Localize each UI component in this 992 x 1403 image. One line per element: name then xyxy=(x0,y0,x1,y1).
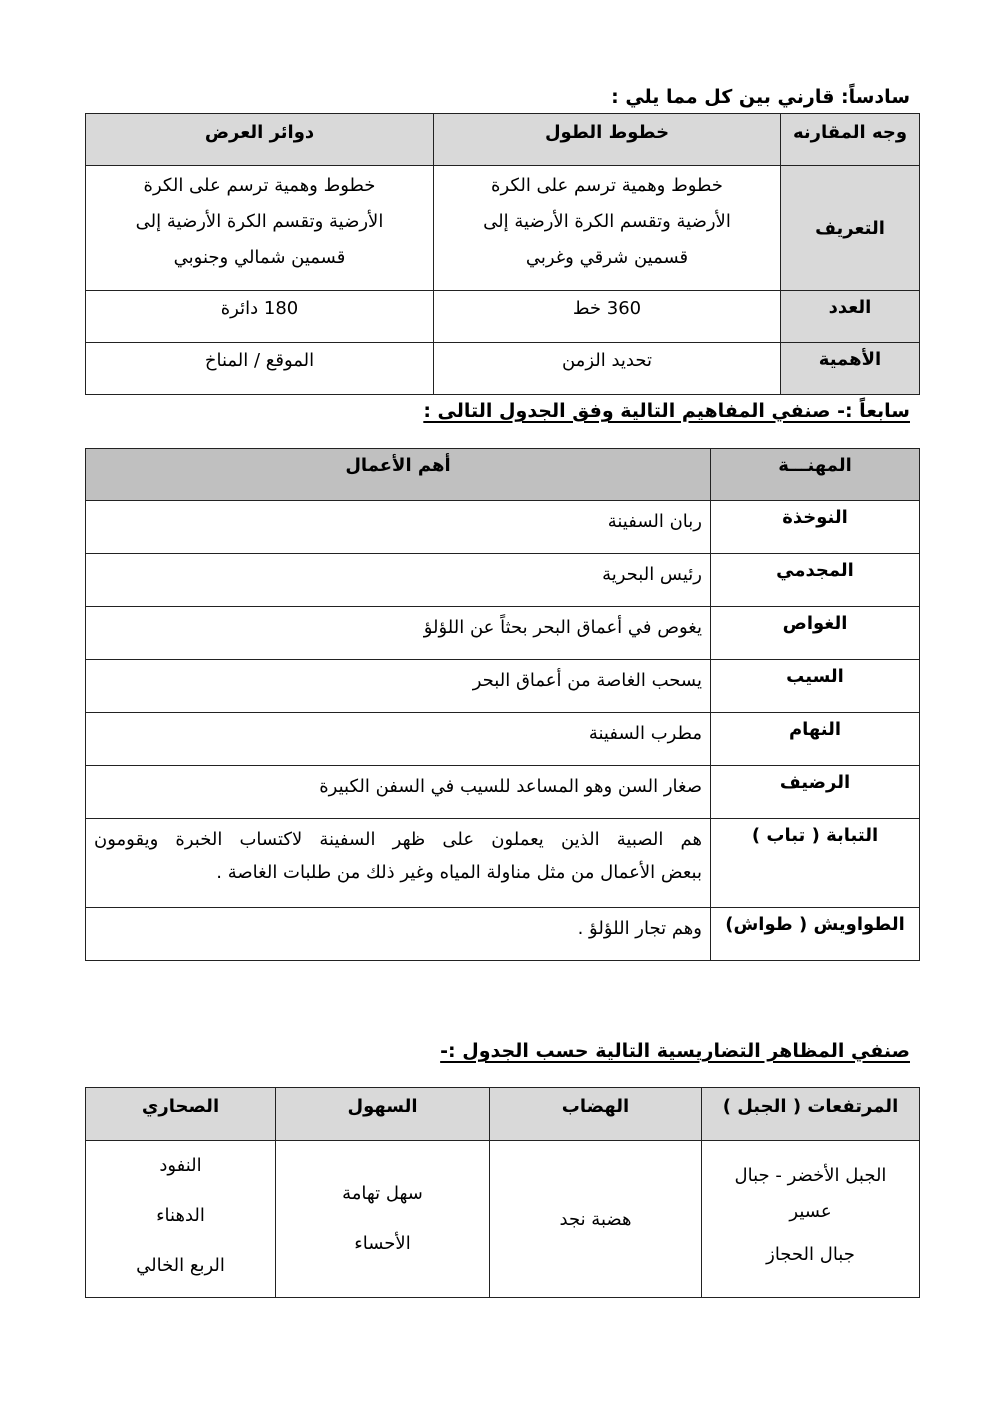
job-row: الرضيف صغار السن وهو المساعد للسيب في ال… xyxy=(86,766,920,819)
job-work: يسحب الغاصة من أعماق البحر xyxy=(86,660,711,713)
header-work: أهم الأعمال xyxy=(86,449,711,501)
text-line: الربع الخالي xyxy=(86,1241,275,1291)
longitude-importance: تحديد الزمن xyxy=(434,343,781,395)
job-row: الطواويش ( طواش) وهم تجار اللؤلؤ . xyxy=(86,908,920,961)
text-line: خطوط وهمية ترسم على الكرة xyxy=(86,168,433,204)
job-row: النهام مطرب السفينة xyxy=(86,713,920,766)
text-line: جبال الحجاز xyxy=(702,1230,919,1280)
plateaus-cell: هضبة نجد xyxy=(490,1141,702,1298)
job-work: هم الصبية الذين يعملون على ظهر السفينة ل… xyxy=(86,819,711,908)
job-name: المجدمي xyxy=(711,554,920,607)
text-line: النفود xyxy=(86,1141,275,1191)
section-6-title: سادساً: قارني بين كل مما يلي : xyxy=(611,86,910,108)
text-line: قسمين شمالي وجنوبي xyxy=(86,240,433,276)
text-line: ببعض الأعمال من مثل مناولة المياه وغير ذ… xyxy=(94,856,702,889)
header-longitude: خطوط الطول xyxy=(434,114,781,166)
job-row: السيب يسحب الغاصة من أعماق البحر xyxy=(86,660,920,713)
landforms-header-row: المرتفعات ( الجبل ) الهضاب السهول الصحار… xyxy=(86,1088,920,1141)
comparison-table: وجه المقارنه خطوط الطول دوائر العرض التع… xyxy=(85,113,920,395)
job-row: الغواص يغوص في أعماق البحر بحثاً عن اللؤ… xyxy=(86,607,920,660)
job-work: وهم تجار اللؤلؤ . xyxy=(86,908,711,961)
deserts-cell: النفود الدهناء الربع الخالي xyxy=(86,1141,276,1298)
header-comparison-aspect: وجه المقارنه xyxy=(781,114,920,166)
row-count: العدد 360 خط 180 دائرة xyxy=(86,291,920,343)
row-importance: الأهمية تحديد الزمن الموقع / المناخ xyxy=(86,343,920,395)
latitude-count: 180 دائرة xyxy=(86,291,434,343)
jobs-header-row: المهنـــة أهم الأعمال xyxy=(86,449,920,501)
latitude-definition: خطوط وهمية ترسم على الكرة الأرضية وتقسم … xyxy=(86,166,434,291)
text-line: قسمين شرقي وغربي xyxy=(434,240,780,276)
text-line: هم الصبية الذين يعملون على ظهر السفينة ل… xyxy=(94,823,702,856)
longitude-count: 360 خط xyxy=(434,291,781,343)
pearl-diving-jobs-table: المهنـــة أهم الأعمال النوخذة ربان السفي… xyxy=(85,448,920,961)
text-line: خطوط وهمية ترسم على الكرة xyxy=(434,168,780,204)
section-7-title: سابعاً :- صنفي المفاهيم التالية وفق الجد… xyxy=(423,400,910,422)
label-definition: التعريف xyxy=(781,166,920,291)
section-8-title: صنفي المظاهر التضاريسية التالية حسب الجد… xyxy=(440,1040,910,1062)
job-work: يغوص في أعماق البحر بحثاً عن اللؤلؤ xyxy=(86,607,711,660)
header-plains: السهول xyxy=(276,1088,490,1141)
header-deserts: الصحاري xyxy=(86,1088,276,1141)
text-line: الأرضية وتقسم الكرة الأرضية إلى xyxy=(434,204,780,240)
job-name: التبابة ( تباب ) xyxy=(711,819,920,908)
latitude-importance: الموقع / المناخ xyxy=(86,343,434,395)
header-job: المهنـــة xyxy=(711,449,920,501)
job-row: المجدمي رئيس البحرية xyxy=(86,554,920,607)
header-plateaus: الهضاب xyxy=(490,1088,702,1141)
plains-cell: سهل تهامة الأحساء xyxy=(276,1141,490,1298)
text-line: عسير xyxy=(702,1194,919,1230)
job-work: ربان السفينة xyxy=(86,501,711,554)
label-importance: الأهمية xyxy=(781,343,920,395)
job-name: الرضيف xyxy=(711,766,920,819)
job-name: النهام xyxy=(711,713,920,766)
mountains-cell: الجبل الأخضر - جبال عسير جبال الحجاز xyxy=(702,1141,920,1298)
job-row: التبابة ( تباب ) هم الصبية الذين يعملون … xyxy=(86,819,920,908)
text-line: هضبة نجد xyxy=(490,1209,701,1230)
job-name: الطواويش ( طواش) xyxy=(711,908,920,961)
text-line: الأحساء xyxy=(276,1219,489,1269)
job-work: رئيس البحرية xyxy=(86,554,711,607)
label-count: العدد xyxy=(781,291,920,343)
text-line: الجبل الأخضر - جبال xyxy=(702,1158,919,1194)
text-line: الأرضية وتقسم الكرة الأرضية إلى xyxy=(86,204,433,240)
landforms-table: المرتفعات ( الجبل ) الهضاب السهول الصحار… xyxy=(85,1087,920,1298)
job-work: مطرب السفينة xyxy=(86,713,711,766)
landforms-row: الجبل الأخضر - جبال عسير جبال الحجاز هضب… xyxy=(86,1141,920,1298)
job-work: صغار السن وهو المساعد للسيب في السفن الك… xyxy=(86,766,711,819)
job-name: السيب xyxy=(711,660,920,713)
comparison-header-row: وجه المقارنه خطوط الطول دوائر العرض xyxy=(86,114,920,166)
header-latitude: دوائر العرض xyxy=(86,114,434,166)
text-line: سهل تهامة xyxy=(276,1169,489,1219)
text-line: الدهناء xyxy=(86,1191,275,1241)
job-row: النوخذة ربان السفينة xyxy=(86,501,920,554)
job-name: النوخذة xyxy=(711,501,920,554)
job-name: الغواص xyxy=(711,607,920,660)
longitude-definition: خطوط وهمية ترسم على الكرة الأرضية وتقسم … xyxy=(434,166,781,291)
header-mountains: المرتفعات ( الجبل ) xyxy=(702,1088,920,1141)
row-definition: التعريف خطوط وهمية ترسم على الكرة الأرضي… xyxy=(86,166,920,291)
